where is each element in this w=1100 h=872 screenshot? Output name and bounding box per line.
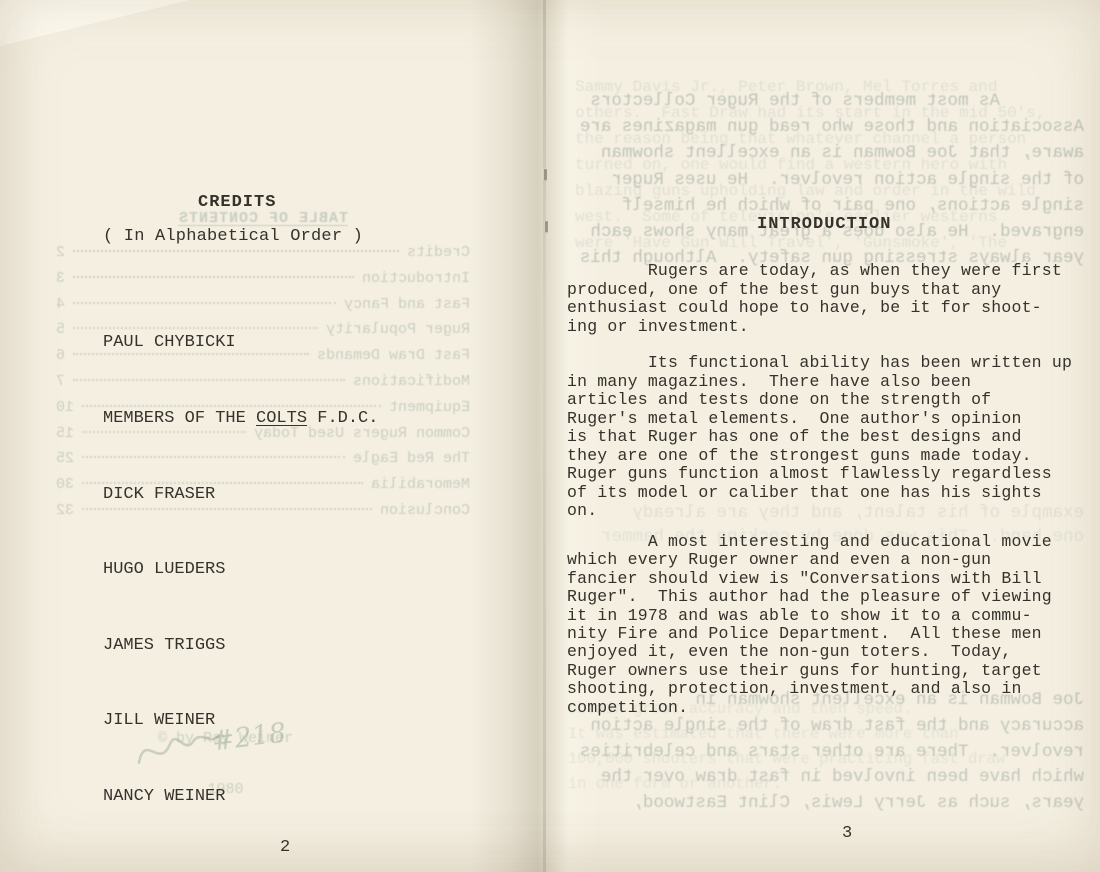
toc-row-page: 15: [56, 425, 74, 442]
credits-name-row: NANCY WEINER: [103, 784, 378, 809]
name-underlined: COLTS: [256, 409, 307, 428]
toc-row-label: Memorabilia: [371, 476, 470, 493]
name-text: MEMBERS OF THE: [103, 409, 256, 428]
introduction-title: INTRODUCTION: [757, 216, 891, 235]
credits-name-row: JAMES TRIGGS: [103, 633, 378, 658]
page-number-left: 2: [280, 838, 290, 857]
toc-row-page: 4: [56, 296, 65, 313]
name-text: JAMES TRIGGS: [103, 636, 225, 655]
toc-leader-dots: [73, 276, 354, 278]
name-text: JILL WEINER: [103, 711, 215, 730]
name-text: HUGO LUEDERS: [103, 560, 225, 579]
toc-row-page: 2: [56, 244, 65, 261]
toc-row-page: 32: [56, 502, 74, 519]
credits-subtitle: ( In Alphabetical Order ): [103, 228, 363, 247]
toc-bleed-title: TABLE OF CONTENTS: [56, 210, 470, 227]
toc-row-page: 6: [56, 347, 65, 364]
credits-name-row: JILL WEINER: [103, 708, 378, 733]
left-page: TABLE OF CONTENTS Credits2 Introduction3…: [0, 0, 520, 872]
page-number-right: 3: [842, 824, 852, 843]
staple-icon: [544, 169, 547, 180]
toc-leader-dots: [73, 250, 399, 252]
credits-name-row: DICK FRASER: [103, 482, 378, 507]
credits-title: CREDITS: [198, 194, 276, 213]
credits-name-row: PAUL CHYBICKI: [103, 330, 378, 355]
toc-row-page: 5: [56, 321, 65, 338]
toc-row-page: 30: [56, 476, 74, 493]
toc-row-page: 10: [56, 399, 74, 416]
toc-row-page: 3: [56, 270, 65, 287]
page-corner-flap: [0, 0, 190, 46]
toc-row: Credits2: [56, 244, 470, 270]
staple-icon: [545, 221, 548, 232]
toc-row-page: 7: [56, 373, 65, 390]
toc-row-label: Conclusion: [380, 502, 470, 519]
name-text: DICK FRASER: [103, 485, 215, 504]
toc-row-page: 25: [56, 450, 74, 467]
toc-row-label: Credits: [407, 244, 470, 261]
credits-name-list: PAUL CHYBICKI MEMBERS OF THE COLTS F.D.C…: [103, 280, 378, 860]
intro-paragraph-3: A most interesting and educational movie…: [567, 533, 1079, 717]
intro-paragraph-2: Its functional ability has been written …: [567, 354, 1079, 521]
name-text: PAUL CHYBICKI: [103, 333, 236, 352]
scanned-booklet-spread: TABLE OF CONTENTS Credits2 Introduction3…: [0, 0, 1100, 872]
name-text: F.D.C.: [307, 409, 378, 428]
name-text: NANCY WEINER: [103, 787, 225, 806]
credits-name-row: HUGO LUEDERS: [103, 557, 378, 582]
mirrored-bleedthrough-top: As most members of the Ruger Collectors …: [560, 88, 1084, 271]
credits-name-row: MEMBERS OF THE COLTS F.D.C.: [103, 406, 378, 431]
toc-row-label: Equipment: [389, 399, 470, 416]
right-page: Sammy Davis Jr., Peter Brown, Mel Torres…: [520, 0, 1100, 872]
intro-paragraph-1: Rugers are today, as when they were firs…: [567, 262, 1079, 336]
